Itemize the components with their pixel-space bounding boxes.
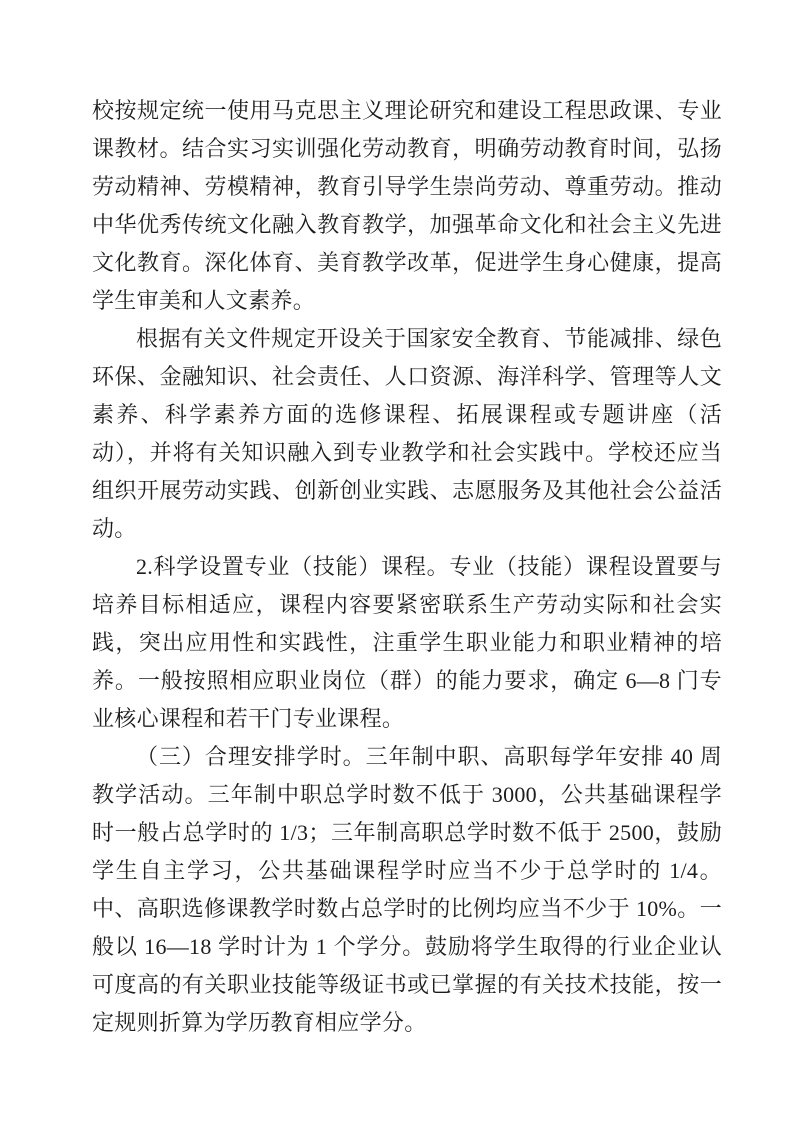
paragraph: 根据有关文件规定开设关于国家安全教育、节能减排、绿色环保、金融知识、社会责任、人… <box>92 320 722 548</box>
paragraph: （三）合理安排学时。三年制中职、高职每学年安排 40 周教学活动。三年制中职总学… <box>92 738 722 1042</box>
document-body: 校按规定统一使用马克思主义理论研究和建设工程思政课、专业课教材。结合实习实训强化… <box>92 92 722 1042</box>
paragraph: 校按规定统一使用马克思主义理论研究和建设工程思政课、专业课教材。结合实习实训强化… <box>92 92 722 320</box>
paragraph: 2.科学设置专业（技能）课程。专业（技能）课程设置要与培养目标相适应，课程内容要… <box>92 548 722 738</box>
document-page: 校按规定统一使用马克思主义理论研究和建设工程思政课、专业课教材。结合实习实训强化… <box>0 0 794 1122</box>
